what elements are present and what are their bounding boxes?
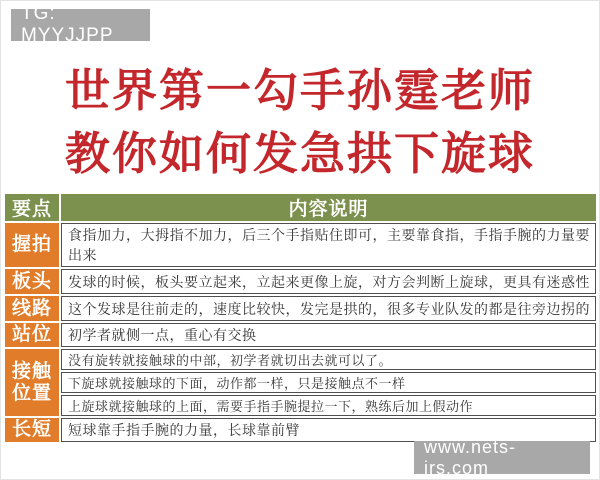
row-content: 发球的时候，板头要立起来，立起来更像上旋，对方会判断上旋球，更具有迷惑性 xyxy=(61,269,596,294)
watermark-top-left-text: TG: MYYJJPP xyxy=(21,3,140,47)
row-label: 长短 xyxy=(5,418,59,442)
key-points-table: 要点 内容说明 握拍 食指加力，大拇指不加力，后三个手指贴住即可，主要靠食指，手… xyxy=(3,192,598,444)
row-content: 食指加力，大拇指不加力，后三个手指贴住即可，主要靠食指，手指手腕的力量要出来 xyxy=(61,223,596,267)
row-label-merged: 接触位置 xyxy=(5,349,59,416)
table-row: 接触位置 没有旋转就接触球的中部，初学者就切出去就可以了。 xyxy=(5,349,596,370)
row-label: 站位 xyxy=(5,323,59,347)
row-label: 板头 xyxy=(5,269,59,294)
row-label: 线路 xyxy=(5,296,59,321)
table-row: 下旋球就接触球的下面，动作都一样，只是接触点不一样 xyxy=(5,372,596,393)
table-row: 站位 初学者就侧一点，重心有交换 xyxy=(5,323,596,347)
row-content: 没有旋转就接触球的中部，初学者就切出去就可以了。 xyxy=(61,349,596,370)
header-content-col: 内容说明 xyxy=(61,194,596,221)
watermark-top-left: TG: MYYJJPP xyxy=(11,9,150,41)
watermark-bottom-right: www.nets-jrs.com xyxy=(414,441,590,474)
row-label: 握拍 xyxy=(5,223,59,267)
row-content: 这个发球是往前走的，速度比较快，发完是拱的，很多专业队发的都是往旁边拐的 xyxy=(61,296,596,321)
title-line-1: 世界第一勾手孙霆老师 xyxy=(1,59,599,122)
header-key-col: 要点 xyxy=(5,194,59,221)
row-content: 上旋球就接触球的上面，需要手指手腕提拉一下，熟练后加上假动作 xyxy=(61,395,596,416)
page-background: TG: MYYJJPP 世界第一勾手孙霆老师 教你如何发急拱下旋球 要点 内容说… xyxy=(0,0,600,480)
table-header-row: 要点 内容说明 xyxy=(5,194,596,221)
watermark-bottom-right-text: www.nets-jrs.com xyxy=(424,437,580,479)
page-title: 世界第一勾手孙霆老师 教你如何发急拱下旋球 xyxy=(1,59,599,185)
row-content: 下旋球就接触球的下面，动作都一样，只是接触点不一样 xyxy=(61,372,596,393)
table-row: 上旋球就接触球的上面，需要手指手腕提拉一下，熟练后加上假动作 xyxy=(5,395,596,416)
table-row: 线路 这个发球是往前走的，速度比较快，发完是拱的，很多专业队发的都是往旁边拐的 xyxy=(5,296,596,321)
table-row: 板头 发球的时候，板头要立起来，立起来更像上旋，对方会判断上旋球，更具有迷惑性 xyxy=(5,269,596,294)
row-content: 初学者就侧一点，重心有交换 xyxy=(61,323,596,347)
title-line-2: 教你如何发急拱下旋球 xyxy=(1,122,599,185)
table-row: 握拍 食指加力，大拇指不加力，后三个手指贴住即可，主要靠食指，手指手腕的力量要出… xyxy=(5,223,596,267)
